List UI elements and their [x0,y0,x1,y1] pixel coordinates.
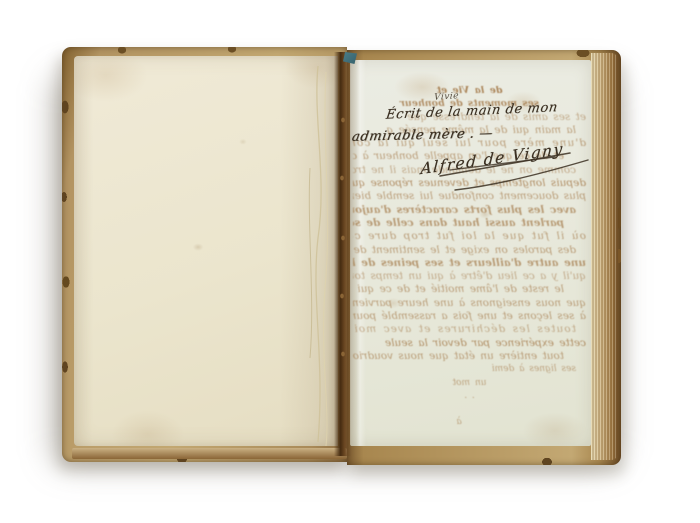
sewn-gutter-binding [334,52,351,456]
bleedthrough-text-line: ses lignes à demi [353,363,586,376]
bleedthrough-text-line: le reste de l'âme moitié et de ce qui se… [353,283,586,296]
bleedthrough-text-line: tout entière un état que nous voudrions [353,350,586,363]
right-manuscript-page: de la Vie etses moments de bonheuret ses… [350,60,591,446]
bleedthrough-text-line [353,403,586,416]
bleedthrough-text-line: à [353,416,586,429]
fore-edge-page-stack [591,53,618,460]
bleedthrough-text-line [353,430,586,443]
bleedthrough-text-line: cette expérience par devoir la seule [353,337,586,350]
bleedthrough-text-line: que nous enseignons à une heure parvienn… [353,297,586,310]
ink-inscription: Vivie Écrit de la main de mon admirable … [350,86,591,246]
bleedthrough-text-line: . . [353,390,586,403]
bleedthrough-text-line: un mot [353,377,586,390]
inscription-line-1: Écrit de la main de mon [385,100,559,123]
bleedthrough-text-line: qu'il y a ce lieu d'être à qui un temps … [353,270,586,283]
auction-photo: de la Vie etses moments de bonheuret ses… [0,0,700,523]
signature-strikethrough [420,145,600,200]
bleedthrough-text-line: toutes les déchirures et avec moins pour [353,323,586,336]
bleedthrough-text-line: à ses leçons et une fois a rassemblé pou… [353,310,586,323]
bleedthrough-text-line: une autre d'ailleurs et ses peines de la… [353,257,586,270]
inscription-faint-word: Vivie [434,91,460,103]
inscription-line-2: admirable mère . — [351,126,494,145]
torn-page-remnants [288,58,340,450]
